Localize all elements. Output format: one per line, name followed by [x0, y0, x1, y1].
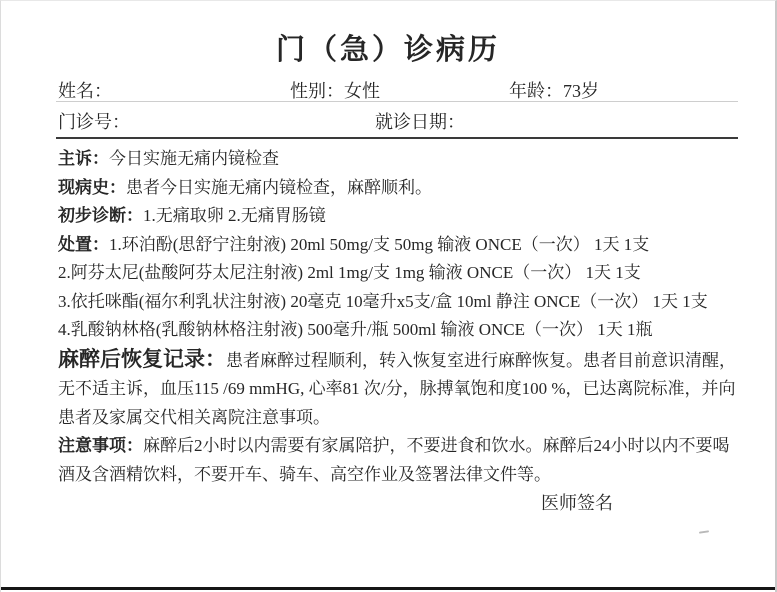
page-bottom-edge [1, 587, 775, 590]
age-value: 73岁 [563, 81, 599, 101]
visit-date-label: 就诊日期： [375, 112, 465, 132]
physician-signature-label: 医师签名 [58, 489, 739, 518]
precautions-text: 麻醉后2小时以内需要有家属陪护，不要进食和饮水。麻醉后24小时以内不要喝酒及含酒… [58, 436, 730, 484]
header-divider-light [56, 101, 738, 102]
page-title: 门（急）诊病历 [1, 27, 775, 68]
present-illness-line: 现病史：患者今日实施无痛内镜检查，麻醉顺利。 [58, 174, 739, 203]
precautions-label: 注意事项： [58, 436, 143, 455]
disposition-label: 处置： [58, 235, 109, 254]
present-illness-text: 患者今日实施无痛内镜检查，麻醉顺利。 [126, 178, 432, 197]
recovery-record-paragraph: 麻醉后恢复记录：患者麻醉过程顺利，转入恢复室进行麻醉恢复。患者目前意识清醒，无不… [58, 345, 739, 433]
age-field: 年龄：73岁 [509, 77, 599, 103]
preliminary-diagnosis-text: 1.无痛取卵 2.无痛胃肠镜 [143, 206, 326, 225]
precautions-paragraph: 注意事项：麻醉后2小时以内需要有家属陪护，不要进食和饮水。麻醉后24小时以内不要… [58, 432, 739, 489]
scan-artifact [699, 530, 709, 533]
present-illness-label: 现病史： [58, 178, 126, 197]
outpatient-no-field: 门诊号： [58, 108, 130, 134]
disposition-item: 1.环泊酚(思舒宁注射液) 20ml 50mg/支 50mg 输液 ONCE（一… [109, 235, 649, 254]
header-divider-dark [56, 137, 738, 139]
gender-label: 性别： [290, 81, 344, 101]
disposition-line-4: 4.乳酸钠林格(乳酸钠林格注射液) 500毫升/瓶 500ml 输液 ONCE（… [58, 316, 739, 345]
preliminary-diagnosis-line: 初步诊断：1.无痛取卵 2.无痛胃肠镜 [58, 202, 739, 231]
gender-field: 性别：女性 [290, 77, 380, 103]
disposition-line-1: 处置：1.环泊酚(思舒宁注射液) 20ml 50mg/支 50mg 输液 ONC… [58, 231, 739, 260]
visit-date-field: 就诊日期： [375, 108, 465, 134]
disposition-item: 3.依托咪酯(福尔利乳状注射液) 20毫克 10毫升x5支/盒 10ml 静注 … [58, 292, 708, 311]
disposition-item: 4.乳酸钠林格(乳酸钠林格注射液) 500毫升/瓶 500ml 输液 ONCE（… [58, 320, 653, 339]
name-label: 姓名： [58, 81, 112, 101]
medical-record-page: 门（急）诊病历 姓名： 性别：女性 年龄：73岁 门诊号： 就诊日期： 主诉：今… [0, 0, 777, 592]
age-label: 年龄： [509, 81, 563, 101]
disposition-item: 2.阿芬太尼(盐酸阿芬太尼注射液) 2ml 1mg/支 1mg 输液 ONCE（… [58, 263, 641, 282]
name-field: 姓名： [58, 77, 112, 103]
preliminary-diagnosis-label: 初步诊断： [58, 206, 143, 225]
chief-complaint-label: 主诉： [58, 149, 109, 168]
recovery-record-label: 麻醉后恢复记录： [58, 347, 226, 371]
gender-value: 女性 [344, 81, 380, 101]
disposition-line-3: 3.依托咪酯(福尔利乳状注射液) 20毫克 10毫升x5支/盒 10ml 静注 … [58, 288, 739, 317]
chief-complaint-text: 今日实施无痛内镜检查 [109, 149, 279, 168]
disposition-line-2: 2.阿芬太尼(盐酸阿芬太尼注射液) 2ml 1mg/支 1mg 输液 ONCE（… [58, 259, 739, 288]
record-body: 主诉：今日实施无痛内镜检查 现病史：患者今日实施无痛内镜检查，麻醉顺利。 初步诊… [58, 145, 739, 518]
outpatient-no-label: 门诊号： [58, 112, 130, 132]
chief-complaint-line: 主诉：今日实施无痛内镜检查 [58, 145, 739, 174]
